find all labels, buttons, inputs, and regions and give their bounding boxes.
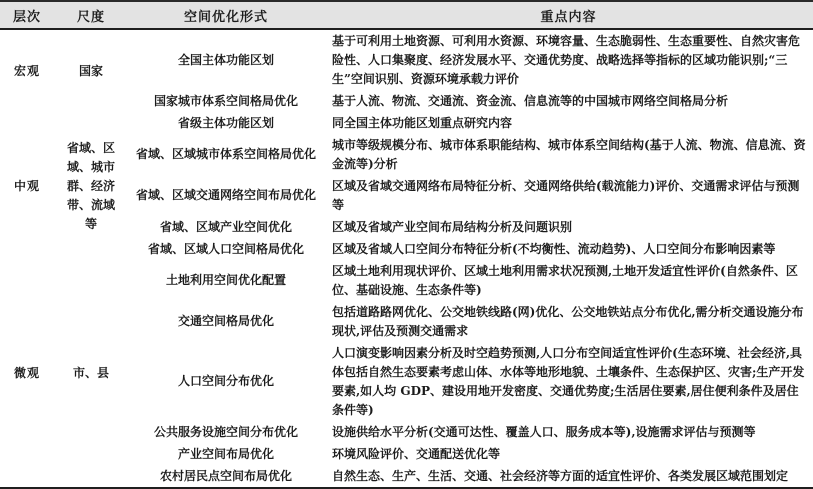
content-cell: 环境风险评价、交通配送优化等	[324, 443, 813, 465]
scale-cell: 省域、区域、城市群、经济带、流域等	[54, 112, 128, 260]
column-header-content: 重点内容	[324, 1, 813, 29]
content-cell: 基于可利用土地资源、可利用水资源、环境容量、生态脆弱性、生态重要性、自然灾害危险…	[324, 29, 813, 90]
level-cell: 宏观	[0, 29, 54, 112]
table-body: 宏观国家全国主体功能区划基于可利用土地资源、可利用水资源、环境容量、生态脆弱性、…	[0, 29, 813, 488]
content-cell: 同全国主体功能区划重点研究内容	[324, 112, 813, 134]
table-row: 宏观国家全国主体功能区划基于可利用土地资源、可利用水资源、环境容量、生态脆弱性、…	[0, 29, 813, 90]
content-cell: 区域土地利用现状评价、区域土地利用需求状况预测,土地开发适宜性评价(自然条件、区…	[324, 260, 813, 301]
form-cell: 土地利用空间优化配置	[128, 260, 324, 301]
table-row: 中观省域、区域、城市群、经济带、流域等省级主体功能区划同全国主体功能区划重点研究…	[0, 112, 813, 134]
form-cell: 国家城市体系空间格局优化	[128, 90, 324, 112]
content-cell: 自然生态、生产、生活、交通、社会经济等方面的适宜性评价、各类发展区域范围划定	[324, 465, 813, 488]
table-header-row: 层次尺度空间优化形式重点内容	[0, 1, 813, 29]
spatial-optimization-table: 层次尺度空间优化形式重点内容 宏观国家全国主体功能区划基于可利用土地资源、可利用…	[0, 0, 813, 489]
form-cell: 省级主体功能区划	[128, 112, 324, 134]
content-cell: 区域及省域人口空间分布特征分析(不均衡性、流动趋势)、人口空间分布影响因素等	[324, 238, 813, 260]
level-cell: 微观	[0, 260, 54, 488]
form-cell: 产业空间布局优化	[128, 443, 324, 465]
content-cell: 人口演变影响因素分析及时空趋势预测,人口分布空间适宜性评价(生态环境、社会经济,…	[324, 342, 813, 421]
scale-cell: 国家	[54, 29, 128, 112]
table-container: 层次尺度空间优化形式重点内容 宏观国家全国主体功能区划基于可利用土地资源、可利用…	[0, 0, 813, 489]
content-cell: 包括道路路网优化、公交地铁线路(网)优化、公交地铁站点分布优化,需分析交通设施分…	[324, 301, 813, 342]
content-cell: 设施供给水平分析(交通可达性、覆盖人口、服务成本等),设施需求评估与预测等	[324, 421, 813, 443]
column-header-form: 空间优化形式	[128, 1, 324, 29]
form-cell: 省域、区域产业空间优化	[128, 216, 324, 238]
content-cell: 基于人流、物流、交通流、资金流、信息流等的中国城市网络空间格局分析	[324, 90, 813, 112]
form-cell: 公共服务设施空间分布优化	[128, 421, 324, 443]
form-cell: 省域、区域交通网络空间布局优化	[128, 175, 324, 216]
table-row: 微观市、县土地利用空间优化配置区域土地利用现状评价、区域土地利用需求状况预测,土…	[0, 260, 813, 301]
content-cell: 区域及省域产业空间布局结构分析及问题识别	[324, 216, 813, 238]
content-cell: 区域及省域交通网络布局特征分析、交通网络供给(载流能力)评价、交通需求评估与预测…	[324, 175, 813, 216]
content-cell: 城市等级规模分布、城市体系职能结构、城市体系空间结构(基于人流、物流、信息流、资…	[324, 134, 813, 175]
scale-cell: 市、县	[54, 260, 128, 488]
column-header-level: 层次	[0, 1, 54, 29]
form-cell: 全国主体功能区划	[128, 29, 324, 90]
form-cell: 农村居民点空间布局优化	[128, 465, 324, 488]
level-cell: 中观	[0, 112, 54, 260]
form-cell: 省域、区域人口空间格局优化	[128, 238, 324, 260]
table-header: 层次尺度空间优化形式重点内容	[0, 1, 813, 29]
form-cell: 交通空间格局优化	[128, 301, 324, 342]
form-cell: 人口空间分布优化	[128, 342, 324, 421]
form-cell: 省域、区域城市体系空间格局优化	[128, 134, 324, 175]
column-header-scale: 尺度	[54, 1, 128, 29]
